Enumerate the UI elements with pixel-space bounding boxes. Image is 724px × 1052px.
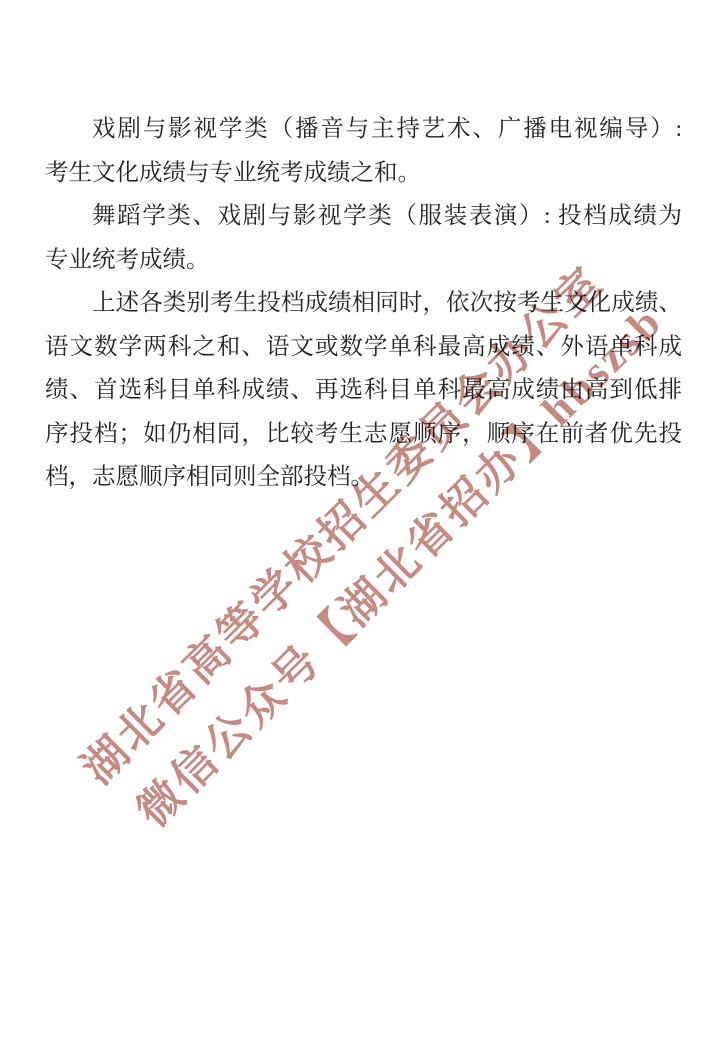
paragraph-dance: 舞蹈学类、戏剧与影视学类（服装表演）: 投档成绩为 专业统考成绩。 (45, 195, 682, 282)
text-line: 舞蹈学类、戏剧与影视学类（服装表演）: 投档成绩为 (45, 195, 682, 239)
text-line: 上述各类别考生投档成绩相同时，依次按考生文化成绩、 (45, 282, 682, 326)
document-page: 戏剧与影视学类（播音与主持艺术、广播电视编导）: 考生文化成绩与专业统考成绩之和… (0, 0, 724, 1052)
text-line: 语文数学两科之和、语文或数学单科最高成绩、外语单科成 (45, 326, 682, 370)
paragraph-tiebreak-rules: 上述各类别考生投档成绩相同时，依次按考生文化成绩、 语文数学两科之和、语文或数学… (45, 282, 682, 500)
paragraph-drama-film: 戏剧与影视学类（播音与主持艺术、广播电视编导）: 考生文化成绩与专业统考成绩之和… (45, 108, 682, 195)
text-line: 绩、首选科目单科成绩、再选科目单科最高成绩由高到低排 (45, 369, 682, 413)
document-body: 戏剧与影视学类（播音与主持艺术、广播电视编导）: 考生文化成绩与专业统考成绩之和… (45, 108, 682, 500)
text-line: 专业统考成绩。 (45, 239, 682, 283)
text-line: 戏剧与影视学类（播音与主持艺术、广播电视编导）: (45, 108, 682, 152)
text-line: 考生文化成绩与专业统考成绩之和。 (45, 152, 682, 196)
text-line: 序投档；如仍相同，比较考生志愿顺序，顺序在前者优先投 (45, 413, 682, 457)
text-line: 档，志愿顺序相同则全部投档。 (45, 456, 682, 500)
